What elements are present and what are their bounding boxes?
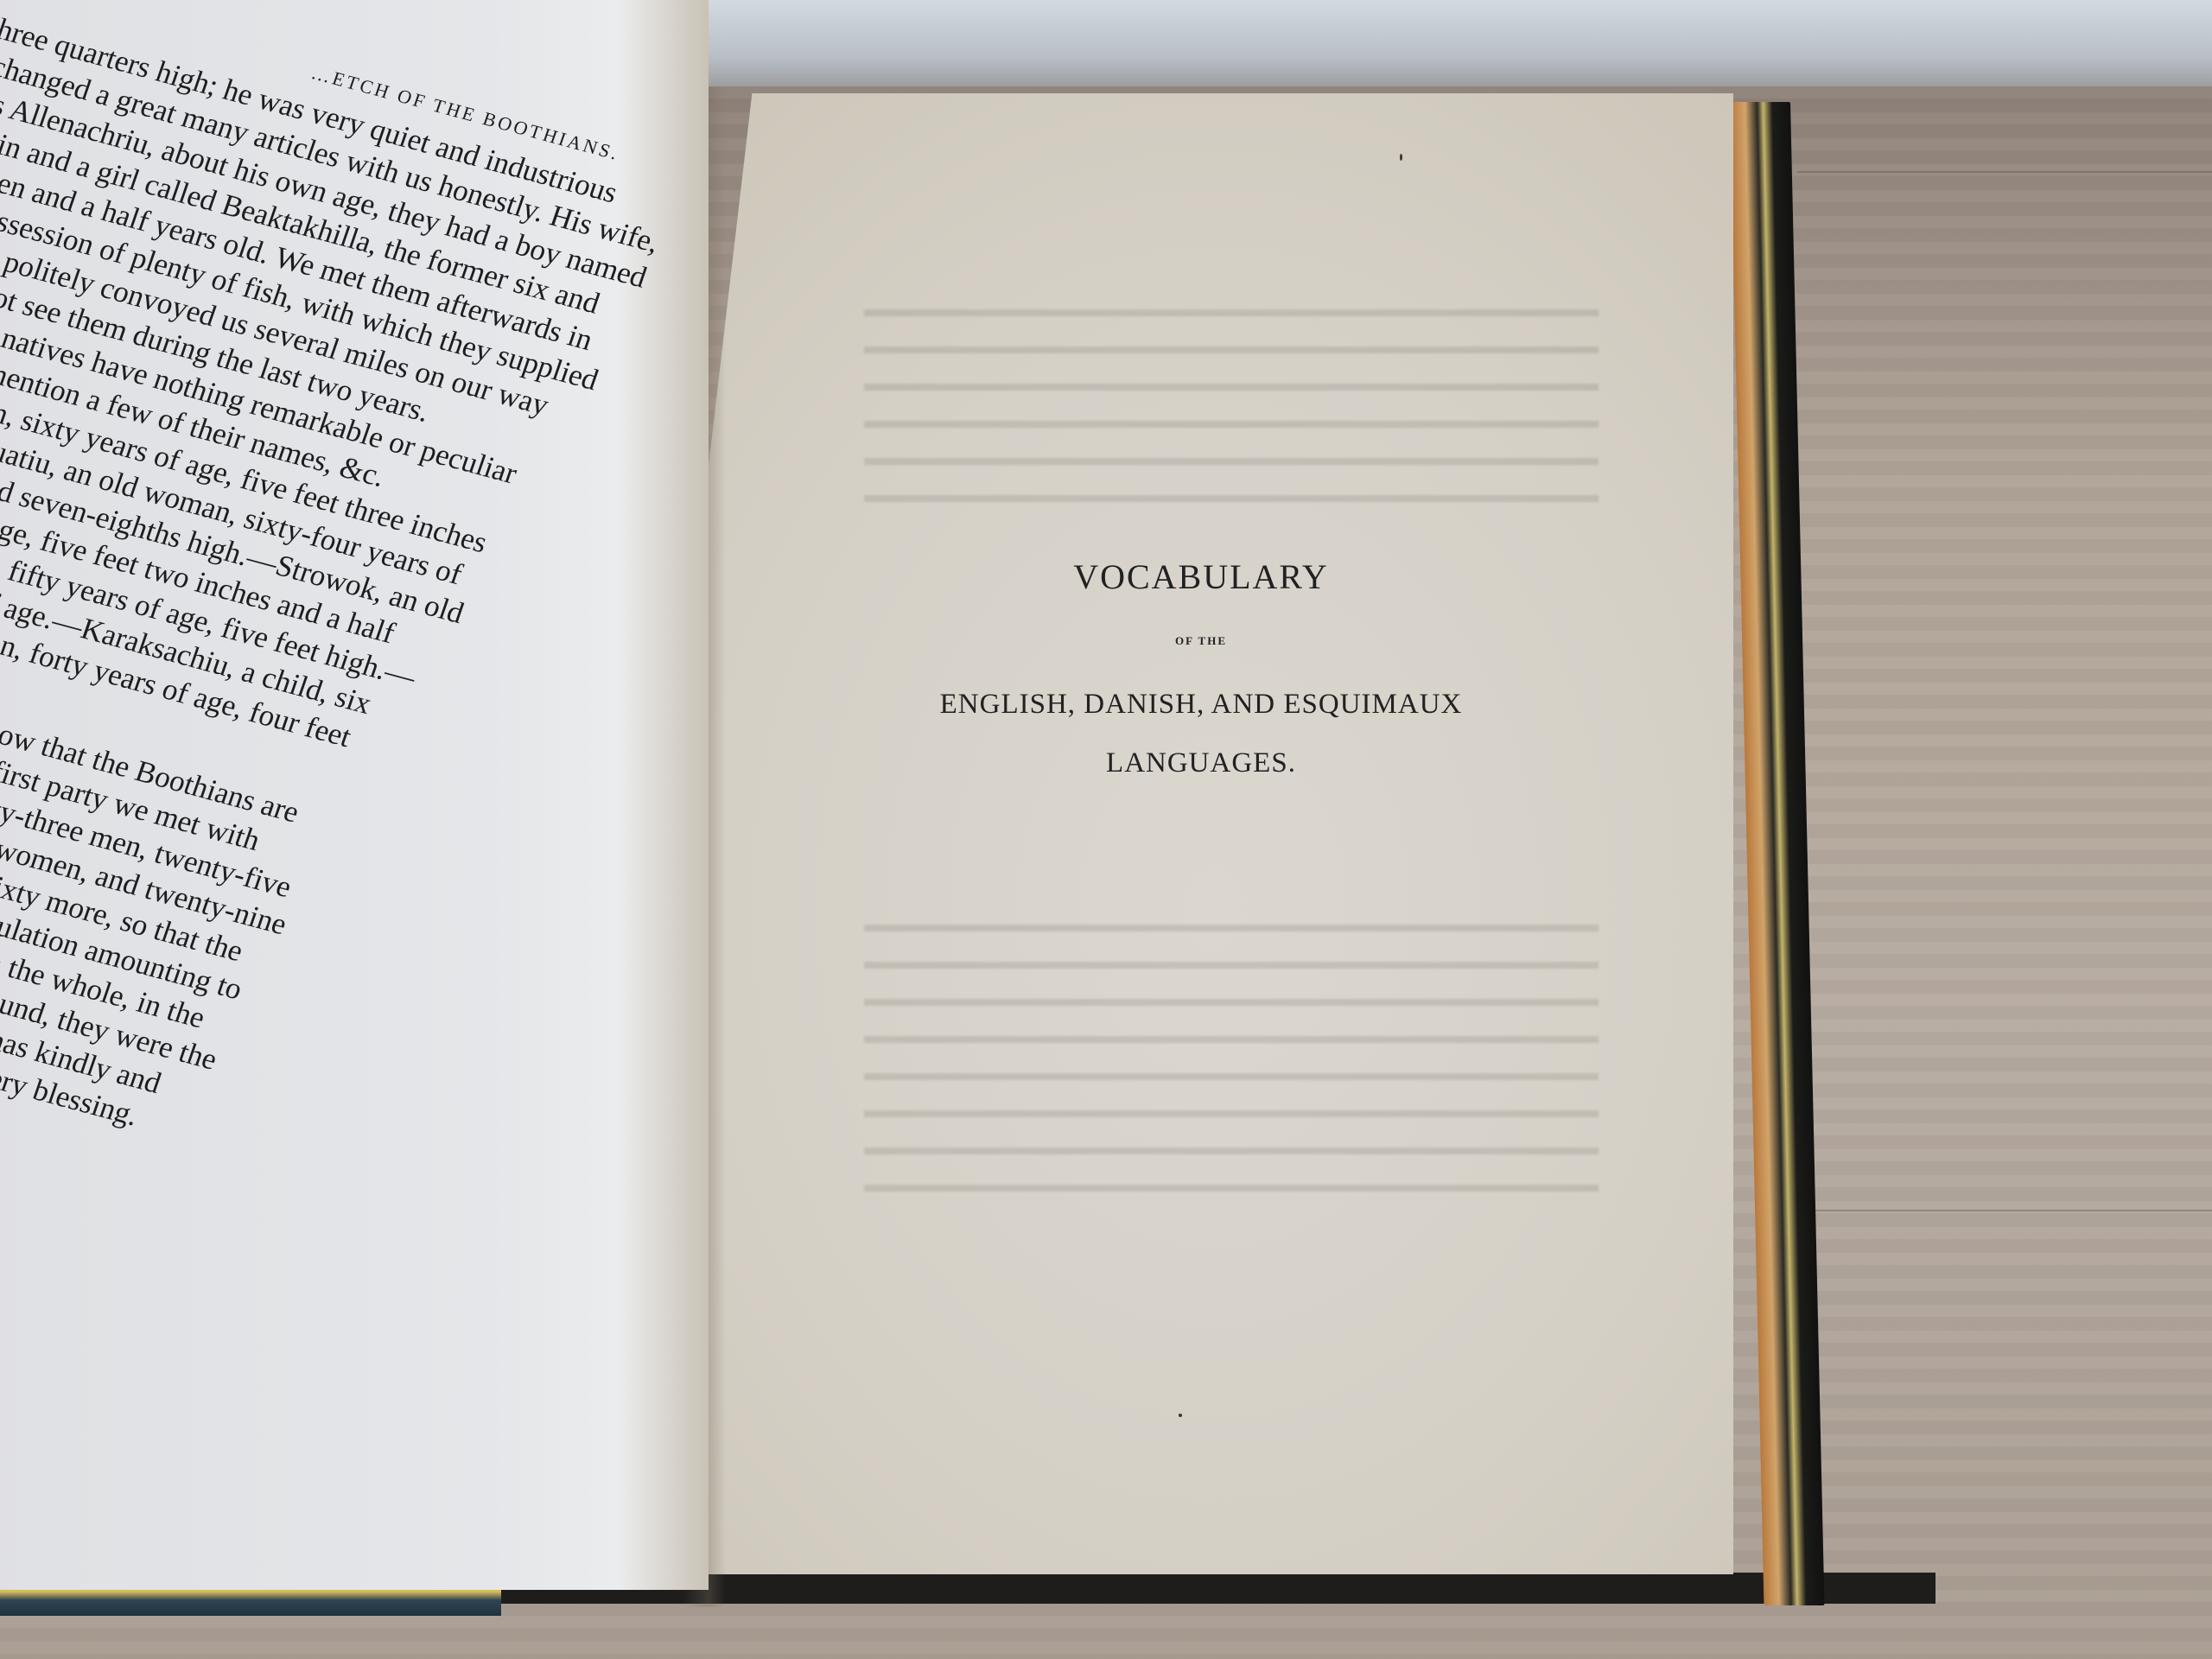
show-through-text: ▬▬▬▬▬▬▬▬▬▬▬▬▬▬▬▬▬▬▬▬▬▬▬▬▬▬▬▬▬▬▬▬▬▬▬▬▬▬▬▬…	[864, 906, 1599, 1203]
left-page-text: …ETCH OF THE BOOTHIANS. and three quarte…	[0, 0, 708, 1194]
title-block: VOCABULARY OF THE ENGLISH, DANISH, AND E…	[855, 551, 1547, 785]
plank-seam	[1797, 1210, 2212, 1211]
title-of-the: OF THE	[855, 632, 1547, 650]
title-subtitle-line1: ENGLISH, DANISH, AND ESQUIMAUX	[855, 683, 1547, 726]
show-through-text: ▬▬▬▬▬▬▬▬▬▬▬▬▬▬▬▬▬▬▬▬▬▬▬▬▬▬▬▬▬▬▬▬▬▬▬▬▬▬▬▬…	[864, 290, 1599, 513]
plank-seam	[1797, 171, 2212, 173]
title-subtitle-line2: LANGUAGES.	[855, 741, 1547, 785]
right-page: ▬▬▬▬▬▬▬▬▬▬▬▬▬▬▬▬▬▬▬▬▬▬▬▬▬▬▬▬▬▬▬▬▬▬▬▬▬▬▬▬…	[579, 93, 1733, 1574]
title-vocabulary: VOCABULARY	[855, 551, 1547, 603]
paper-speck	[1400, 154, 1402, 161]
left-page: …ETCH OF THE BOOTHIANS. and three quarte…	[0, 0, 709, 1590]
paper-speck	[1179, 1414, 1182, 1417]
